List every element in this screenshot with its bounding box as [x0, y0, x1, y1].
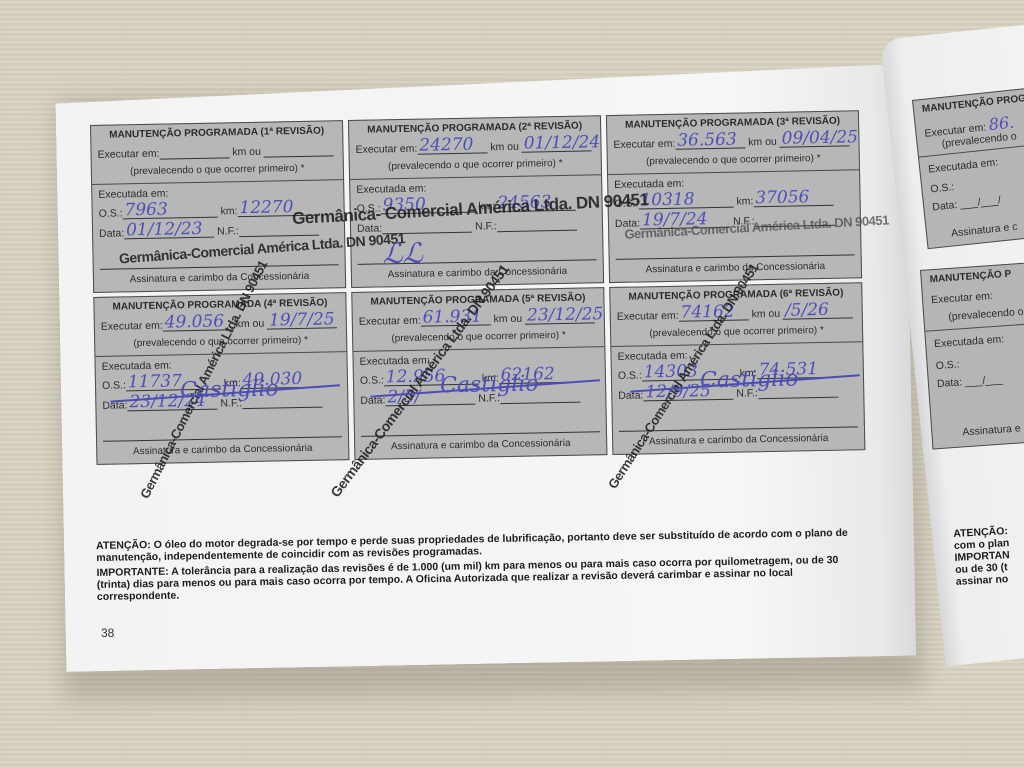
- scheduled-date: 09/04/25: [782, 129, 859, 147]
- os-label: O.S.:: [618, 369, 642, 381]
- signature-caption: Assinatura e carimbo da Concessionária: [610, 260, 861, 276]
- notes-section: ATENÇÃO: O óleo do motor degrada-se por …: [96, 527, 867, 606]
- nf-label: N.F.:: [217, 225, 239, 237]
- right-card-top: MANUTENÇÃO PROGRAMADA Executar em: 86. (…: [912, 83, 1024, 249]
- km-label: km:: [220, 205, 237, 217]
- os-number: 7963: [124, 202, 168, 220]
- scheduled-km: 24270: [419, 137, 473, 155]
- right-performed-label-2: Executada em:: [934, 333, 1005, 350]
- whichever-first-label: (prevalecendo o que ocorrer primeiro) *: [92, 162, 343, 178]
- date-done: 01/12/23: [126, 221, 203, 239]
- km-or-label: km ou: [232, 146, 261, 159]
- right-date-label: Data:: [932, 199, 958, 214]
- signature-line: [103, 436, 342, 442]
- signature-caption: Assinatura e carimbo da Concessionária: [97, 442, 348, 458]
- km-label: km:: [736, 195, 753, 207]
- right-whichever-2: (prevalecendo o: [948, 306, 1024, 323]
- right-card-bottom: MANUTENÇÃO P Executar em: (prevalecendo …: [920, 259, 1024, 450]
- date-label: Data:: [99, 227, 124, 239]
- right-signature-label-2: Assinatura e c: [962, 422, 1024, 439]
- scheduled-km: 36.563: [677, 132, 737, 150]
- signature-caption: Assinatura e carimbo da Concessionária: [94, 270, 345, 286]
- signature-line: [361, 431, 600, 437]
- scheduled-km: 49.056: [165, 313, 225, 331]
- signature-scribble: ℒℒ: [382, 237, 423, 271]
- nf-label: N.F.:: [475, 220, 497, 232]
- page-number: 38: [101, 626, 114, 640]
- os-label: O.S.:: [99, 207, 123, 219]
- schedule-label: Executar em:: [617, 310, 679, 323]
- km-or-label: km ou: [748, 136, 777, 149]
- right-os-label-2: O.S.:: [935, 358, 960, 372]
- scheduled-date: /5/26: [785, 302, 829, 320]
- schedule-label: Executar em:: [355, 143, 417, 156]
- km-done: 12270: [239, 199, 293, 217]
- schedule-label: Executar em:: [101, 320, 163, 333]
- km-done: 37056: [755, 189, 809, 207]
- schedule-label: Executar em:: [97, 148, 159, 161]
- whichever-first-label: (prevalecendo o que ocorrer primeiro) *: [353, 329, 604, 345]
- km-or-label: km ou: [493, 313, 522, 326]
- signature-line: [616, 254, 855, 260]
- signature-caption: Assinatura e carimbo da Concessionária: [355, 437, 606, 453]
- km-or-label: km ou: [490, 141, 519, 154]
- scheduled-date: 19/7/25: [269, 311, 335, 329]
- whichever-first-label: (prevalecendo o que ocorrer primeiro) *: [611, 324, 862, 340]
- os-label: O.S.:: [360, 374, 384, 386]
- km-or-label: km ou: [751, 308, 780, 321]
- right-signature-label: Assinatura e c: [951, 221, 1018, 240]
- right-os-label: O.S.:: [930, 181, 955, 195]
- whichever-first-label: (prevalecendo o que ocorrer primeiro) *: [608, 152, 859, 168]
- right-scheduled-label-2: Executar em:: [931, 290, 994, 306]
- right-notes: ATENÇÃO: com o plan IMPORTAN ou de 30 (t…: [953, 525, 1012, 588]
- scheduled-date: 23/12/25: [527, 306, 604, 324]
- os-number: 11737: [128, 373, 182, 391]
- right-card-title-2: MANUTENÇÃO P: [929, 269, 1011, 286]
- os-label: O.S.:: [102, 379, 126, 391]
- right-date-label-2: Data:: [937, 376, 963, 390]
- schedule-label: Executar em:: [359, 315, 421, 328]
- whichever-first-label: (prevalecendo o que ocorrer primeiro) *: [350, 157, 601, 173]
- revision-card-1: MANUTENÇÃO PROGRAMADA (1ª REVISÃO) Execu…: [90, 120, 346, 293]
- scheduled-date: 01/12/24: [524, 134, 601, 152]
- right-performed-label: Executada em:: [928, 156, 999, 175]
- revision-title: MANUTENÇÃO PROGRAMADA (1ª REVISÃO): [91, 125, 342, 141]
- schedule-label: Executar em:: [613, 138, 675, 151]
